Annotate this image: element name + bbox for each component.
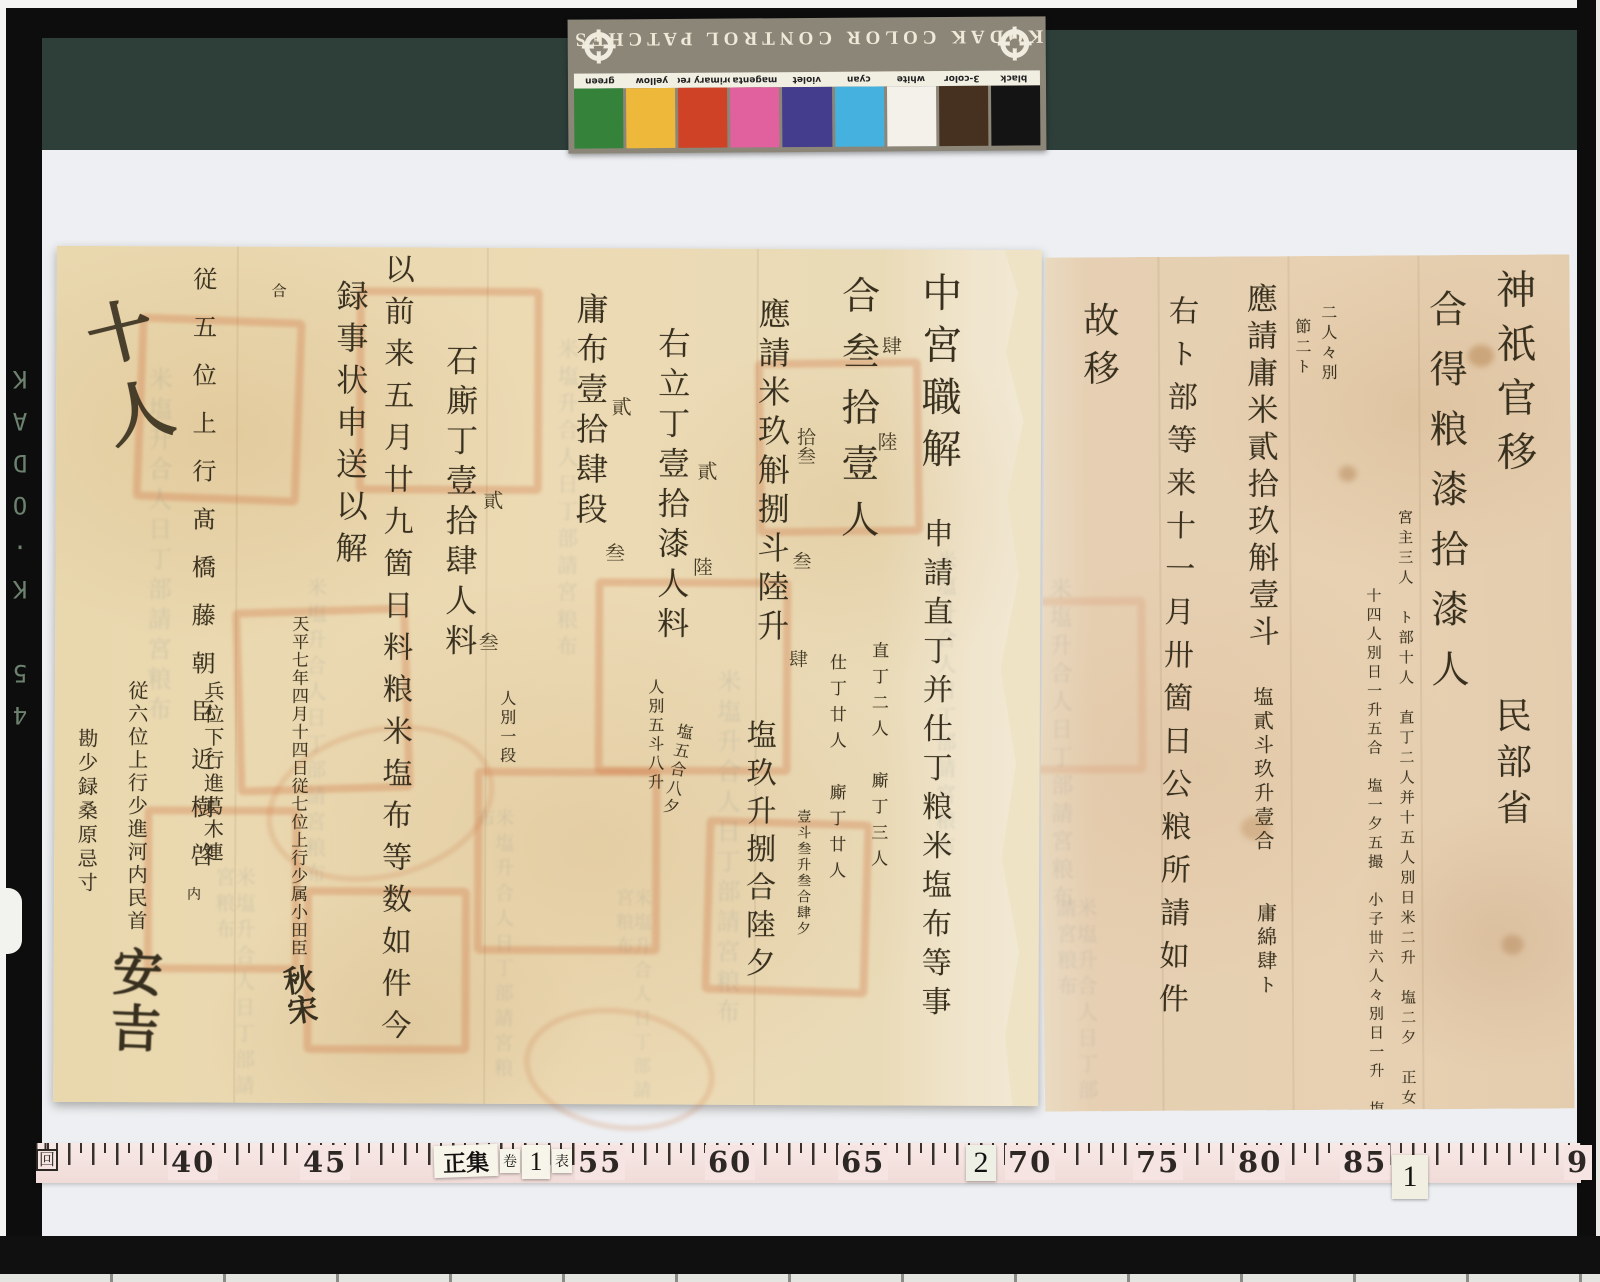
ruler-number: 45 (300, 1145, 350, 1180)
text-column-note: 壹斗叁升叁合肆夕 (796, 809, 811, 937)
ruler-number: 60 (705, 1145, 755, 1180)
text-column-cloth: 庸布壹拾肆段 (574, 292, 607, 532)
text-column-note: 宮主三人 ト部十人 直丁二人并十五人別日米二升 塩二夕 正女 (1397, 509, 1416, 1109)
text-column-subject: 申請直丁并仕丁粮米塩布等事 (917, 518, 949, 1025)
text-column-note: 直丁二人 廝丁三人 (868, 641, 886, 875)
ruler-number: 80 (1235, 1145, 1285, 1180)
text-column-official-2: 兵位下行進葛木連 (202, 680, 223, 864)
patch-label-magenta: magenta (729, 72, 781, 87)
text-column-title: 中宮職解 (918, 272, 959, 480)
patch-label-violet: violet (781, 72, 833, 87)
text-column-small-note: 二人々別 (1320, 304, 1336, 384)
ruler-number: 40 (168, 1145, 218, 1180)
color-patch-violet (782, 87, 832, 147)
ruler-number: 65 (838, 1145, 888, 1180)
photograph-of-archival-manuscript: 45 K·ODAK KODAK COLOR CONTROL PATCHES gr… (0, 0, 1600, 1282)
color-patch-3-color (939, 86, 989, 146)
patch-label-cyan: cyan (833, 71, 885, 86)
ruler-number: 70 (1005, 1145, 1055, 1180)
text-column-shicho-ration: 石廝丁壹拾肆人料 (443, 344, 476, 664)
text-column-total-grain: 合得粮漆拾漆人 (1426, 289, 1467, 709)
paper-crease (1287, 256, 1294, 1110)
tag-side-label: 表 (552, 1149, 572, 1173)
interlinear-correction: 貳 (610, 396, 630, 416)
ink-bleed-through: 米塩升合人日丁部請宮粮布 (1055, 897, 1096, 1111)
text-column-sender: 神祇官移 (1492, 269, 1533, 485)
text-column-closing: 録事状申送以解 (333, 279, 366, 573)
patch-label-3-color: 3-color (936, 71, 988, 86)
signature-cursive: 安吉 (105, 945, 159, 1059)
text-column-small-note: 内 (186, 886, 200, 900)
interlinear-correction: 陸 (691, 557, 711, 577)
film-edge-text: 45 K·ODAK (6, 300, 42, 780)
text-column-statement: 右ト部等来十一月卅箇日公粮所請如件 (1154, 295, 1195, 1026)
ink-bleed-through: 米塩升合人日丁部請宮粮布 (713, 669, 739, 1029)
interlinear-correction: 拾叁 (795, 427, 814, 465)
ruler-number: 85 (1340, 1145, 1390, 1180)
color-patch-primary-red (678, 88, 728, 148)
interlinear-correction: 叁 (477, 632, 497, 652)
text-column-official-4: 勘少録桑原忌寸 (76, 728, 97, 896)
ink-bleed-through: 米塩升合人日丁部請宮粮布 (613, 888, 650, 1104)
manuscript-left-sheet: 米塩升合人日丁部請宮粮布 米塩升合人日丁部請宮粮布 米塩升合人日丁部請宮粮布 米… (53, 246, 1042, 1106)
text-column-summary: 以前来五月廿九箇日料粮米塩布等数如件今 (377, 253, 410, 1051)
film-edge-sliver (1596, 0, 1600, 1282)
text-column-closing: 故移 (1080, 301, 1117, 397)
text-column-note: 人別五斗八升 (646, 678, 662, 792)
film-frame-right (1577, 0, 1596, 1282)
ink-bleed-through: 米塩升合人日丁部請宮粮布 (213, 867, 254, 1103)
film-notch (0, 888, 22, 954)
interlinear-correction: 叁 (790, 551, 809, 570)
ink-bleed-through: 米塩升合人日丁部請宮粮布 (1047, 577, 1071, 913)
color-patch-cyan (835, 86, 885, 146)
text-column-note: 仕丁廿人 廝丁廿人 (826, 653, 844, 887)
tag-volume-number: 1 (522, 1145, 550, 1179)
color-strip-header: KODAK COLOR CONTROL PATCHES (568, 16, 1046, 73)
kodak-color-control-strip: KODAK COLOR CONTROL PATCHES green yellow… (568, 16, 1047, 153)
tag-plate-number: 1 (1392, 1155, 1428, 1199)
text-column-recipient: 民部省 (1492, 697, 1529, 835)
patch-label-green: green (574, 73, 626, 88)
registration-target-icon (998, 26, 1032, 60)
text-column-rice-request: 應請米玖斛捌斗陸升 (755, 297, 789, 648)
interlinear-correction: 陸 (876, 431, 896, 451)
manuscript-right-sheet: 米塩升合人日丁部請宮粮布 米塩升合人日丁部請宮粮布 神祇官移 民部省 合得粮漆拾… (1037, 254, 1574, 1111)
color-patch-yellow (626, 88, 676, 148)
interlinear-correction: 貳 (696, 461, 716, 481)
tag-volume-label: 卷 (500, 1149, 520, 1173)
color-strip-title: KODAK COLOR CONTROL PATCHES (568, 24, 1046, 49)
text-column-yo-rice-request: 應請庸米貳拾玖斛壹斗 (1243, 282, 1276, 652)
signature-akimune: 秋宋 (278, 963, 316, 1026)
film-bottom-edge (0, 1274, 1600, 1282)
ruler-left-box: 回 (36, 1149, 58, 1171)
patch-label-black: black (988, 70, 1040, 85)
interlinear-correction: 肆 (787, 649, 806, 668)
paper-stain (1502, 935, 1524, 955)
interlinear-correction: 貳 (482, 490, 502, 510)
interlinear-correction: 叁 (603, 542, 623, 562)
patch-label-yellow: yellow (626, 73, 678, 88)
text-column-salt-amount: 塩玖升捌合陸夕 (742, 719, 773, 985)
ink-bleed-through: 米塩升合人日丁部請宮粮布 (473, 808, 512, 1104)
patch-label-primary-red: primary red (677, 73, 729, 88)
text-column-note: 庸綿肆ト (1255, 902, 1276, 998)
text-column-date-line: 天平七年四月十四日従七位上行少属小田臣 (288, 615, 306, 957)
paper-stain (1339, 466, 1357, 482)
text-column-note: 塩貳斗玖升壹合 (1252, 686, 1273, 854)
text-column-total-persons: 合叁拾壹人 (838, 275, 877, 555)
color-patch-white (887, 86, 937, 146)
ruler-number: 55 (575, 1145, 625, 1180)
tag-collection: 正集 (433, 1144, 498, 1178)
tag-frame-number: 2 (966, 1145, 996, 1181)
ruler-number: 75 (1133, 1145, 1183, 1180)
text-column-jicho-ration: 右立丁壹拾漆人料 (655, 326, 688, 646)
color-patch-green (574, 88, 624, 148)
patch-label-white: white (885, 71, 937, 86)
ruler-number: 9 (1564, 1145, 1592, 1180)
text-column-small-note: 節二ト (1294, 318, 1310, 378)
color-patch-black (991, 85, 1041, 145)
color-patch-chips (574, 85, 1040, 148)
measuring-tape-ruler: 回 40 45 55 60 65 70 75 80 85 9 正集 卷 1 表 … (36, 1143, 1581, 1183)
film-frame-bottom (0, 1236, 1600, 1274)
color-patch-magenta (730, 87, 780, 147)
text-column-note: 人別一段 (499, 690, 515, 766)
text-column-small-note: 合 (271, 283, 286, 298)
interlinear-correction: 肆 (880, 335, 900, 355)
text-column-official-3: 従六位上行少進河内民首 (126, 680, 147, 933)
